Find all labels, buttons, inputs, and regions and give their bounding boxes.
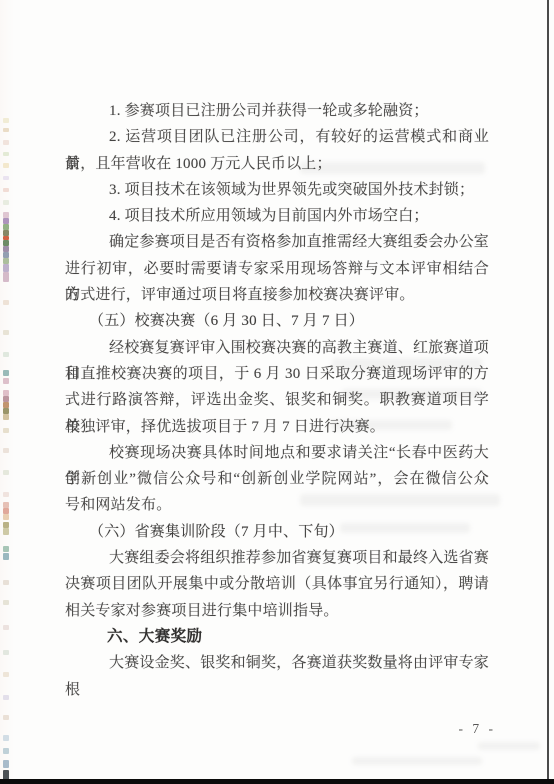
edge-mark [3,140,9,145]
doc-line: 3. 项目技术在该领域为世界领先或突破国外技术封锁； [65,177,489,203]
edge-mark [3,163,9,168]
doc-line: 进行初审，必要时需要请专家采用现场答辩与文本评审相结合的 [65,256,489,282]
edge-mark [3,264,9,272]
edge-mark [3,448,9,453]
doc-line: 校赛现场决赛具体时间地点和要求请关注“长春中医药大学 [65,440,489,466]
edge-artifact-strip [3,0,9,784]
doc-line: 和直推校赛决赛的项目，于 6 月 30 日采取分赛道现场评审的方 [65,361,489,387]
doc-line: 方式进行，评审通过项目将直接参加校赛决赛评审。 [65,282,489,308]
edge-mark [3,600,9,605]
edge-mark [3,580,9,585]
edge-mark [3,128,9,132]
doc-line: 4. 项目技术所应用领域为目前国内外市场空白； [65,203,489,229]
doc-line: 经校赛复赛评审入围校赛决赛的高教主赛道、红旅赛道项目 [65,335,489,361]
doc-line: 1. 参赛项目已注册公司并获得一轮或多轮融资； [65,98,489,124]
edge-mark [3,553,9,560]
doc-line: 相关专家对参赛项目进行集中培训指导。 [65,598,489,624]
doc-line: 式进行路演答辩，评选出金奖、银奖和铜奖。职教赛道项目学校 [65,387,489,413]
edge-mark [3,760,9,768]
chapter-heading: 六、大赛奖励 [65,624,489,650]
edge-mark [3,672,9,677]
edge-mark [3,428,9,433]
doc-line: 景，且年营收在 1000 万元人民币以上； [65,151,489,177]
edge-mark [3,300,9,305]
edge-mark [3,370,9,376]
bleedthrough-smudge [478,742,540,750]
edge-mark [3,514,9,520]
doc-line: 确定参赛项目是否有资格参加直推需经大赛组委会办公室 [65,229,489,255]
edge-mark [3,625,9,630]
scanned-document-page: { "page": { "background": "#fdfdfc", "pa… [0,0,554,784]
doc-line: 决赛项目团队开展集中或分散培训（具体事宜另行通知），聘请 [65,571,489,597]
document-text-block: 1. 参赛项目已注册公司并获得一轮或多轮融资； 2. 运营项目团队已注册公司，有… [65,98,489,677]
edge-mark [3,152,9,156]
page-number: - 7 - [459,721,497,737]
edge-mark [3,650,9,655]
edge-mark [3,188,9,192]
edge-mark [3,470,9,475]
doc-line: 单独评审，择优选拔项目于 7 月 7 日进行决赛。 [65,414,489,440]
edge-mark [3,378,9,384]
edge-mark [3,352,9,357]
doc-line: 大赛组委会将组织推荐参加省赛复赛项目和最终入选省赛 [65,545,489,571]
edge-mark [3,272,9,282]
edge-mark [3,546,9,552]
section-heading: （五）校赛决赛（6 月 30 日、7 月 7 日） [65,308,489,334]
scan-edge-line-right [547,0,549,780]
doc-line: 号和网站发布。 [65,492,489,518]
doc-line: 大赛设金奖、银奖和铜奖，各赛道获奖数量将由评审专家根 [65,650,489,676]
edge-mark [3,176,9,180]
edge-mark [3,414,9,420]
doc-line: 创新创业”微信公众号和“创新创业学院网站”，会在微信公众 [65,466,489,492]
bleedthrough-smudge [352,757,482,765]
edge-mark [3,330,9,335]
edge-mark [3,735,9,741]
edge-mark [3,715,9,720]
edge-mark [3,118,9,123]
edge-mark [3,748,9,754]
edge-mark [3,695,9,700]
section-heading: （六）省赛集训阶段（7 月中、下旬） [65,519,489,545]
edge-mark [3,492,9,497]
edge-mark [3,200,9,205]
scan-edge-bar-bottom [0,779,554,784]
edge-mark [3,528,9,535]
doc-line: 2. 运营项目团队已注册公司，有较好的运营模式和商业前 [65,124,489,150]
